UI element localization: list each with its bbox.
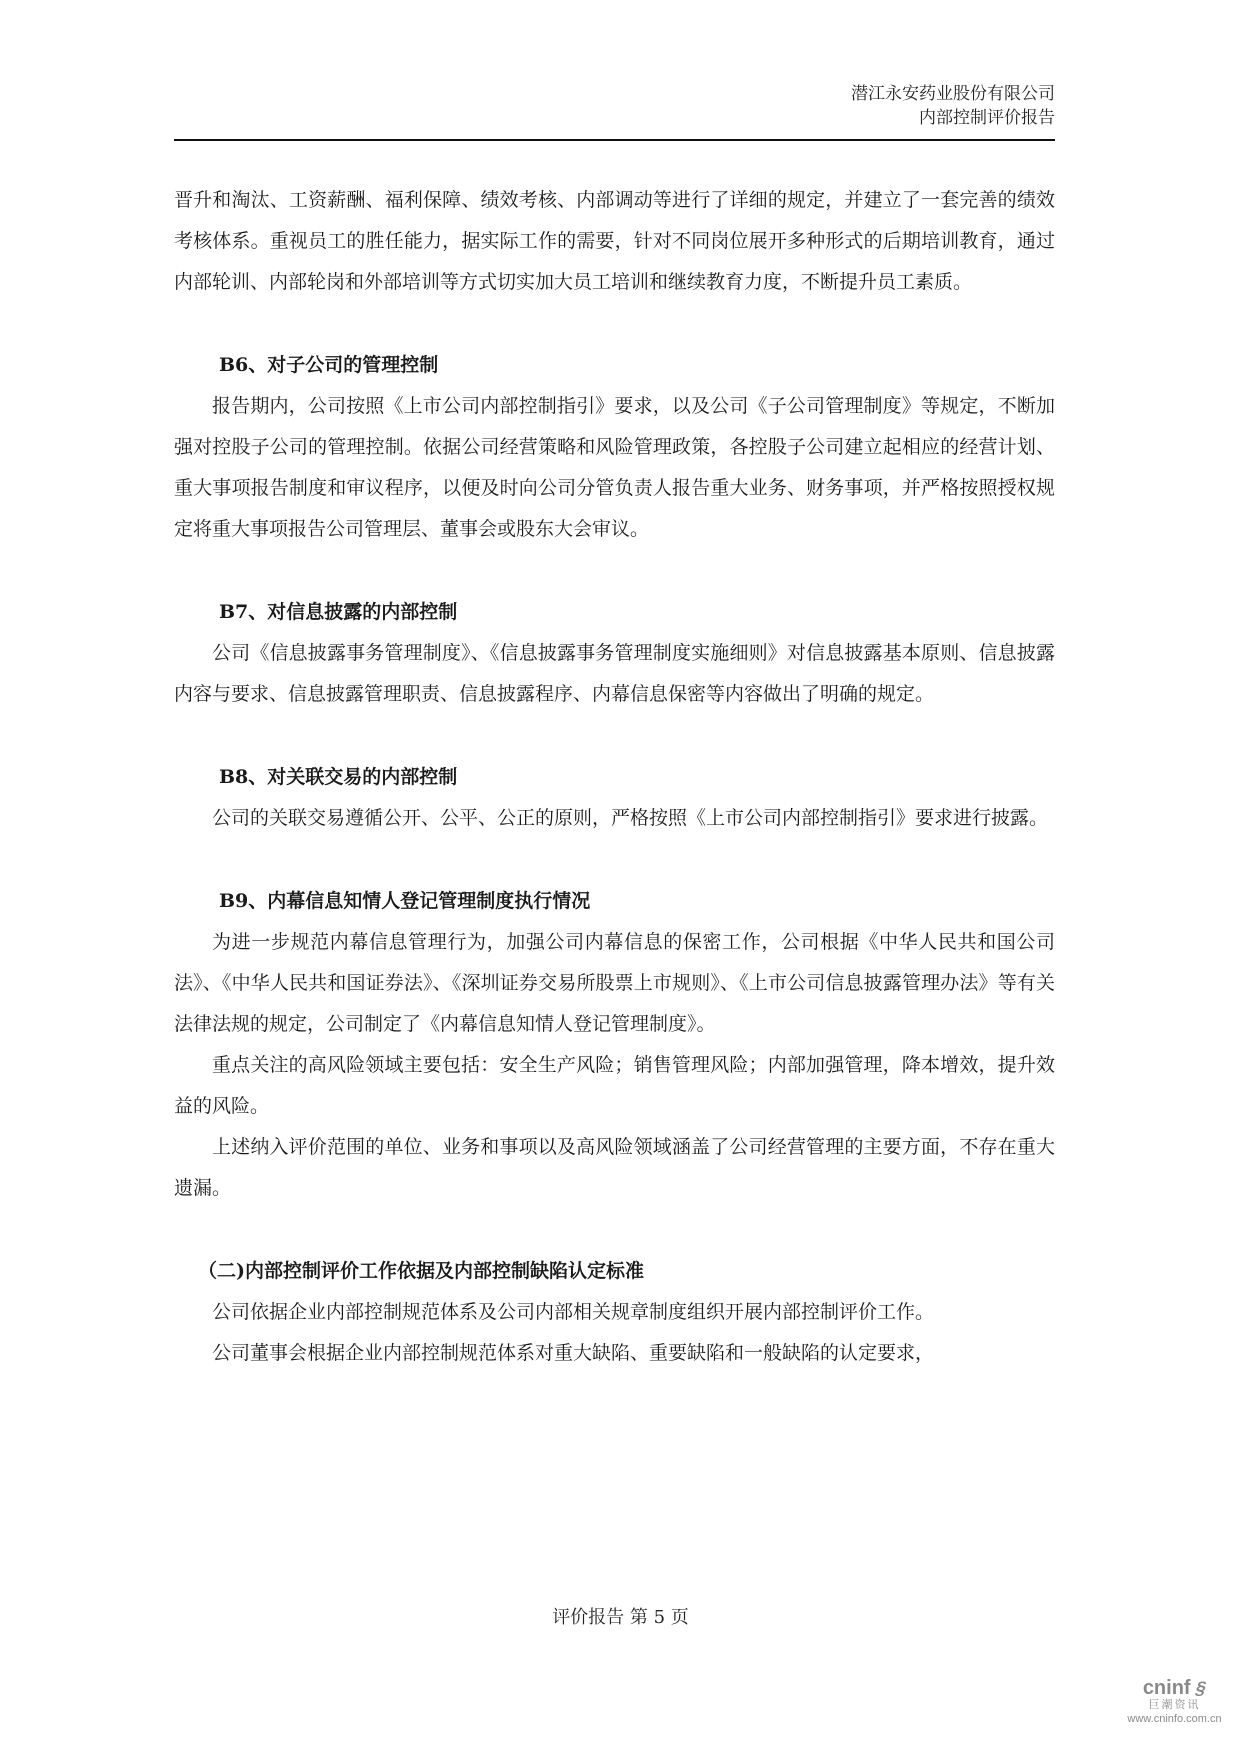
section-heading: B7、对信息披露的内部控制 <box>174 592 1055 633</box>
section-b8: B8、对关联交易的内部控制 公司的关联交易遵循公开、公平、公正的原则，严格按照《… <box>174 757 1055 839</box>
header-document-title: 内部控制评价报告 <box>174 106 1055 130</box>
logo-text: cninf <box>1143 1677 1191 1699</box>
spacer <box>174 303 1055 345</box>
section-paragraph: 公司《信息披露事务管理制度》、《信息披露事务管理制度实施细则》对信息披露基本原则… <box>174 633 1055 715</box>
cninfo-watermark: cninf § 巨潮资讯 www.cninfo.com.cn <box>1112 1678 1237 1726</box>
section-heading: B8、对关联交易的内部控制 <box>174 757 1055 798</box>
section-paragraph: 重点关注的高风险领域主要包括：安全生产风险；销售管理风险；内部加强管理，降本增效… <box>174 1045 1055 1127</box>
page-footer: 评价报告 第 5 页 <box>0 1603 1241 1629</box>
section-b6: B6、对子公司的管理控制 报告期内，公司按照《上市公司内部控制指引》要求，以及公… <box>174 345 1055 550</box>
spacer <box>174 1209 1055 1251</box>
section-paragraph: 报告期内，公司按照《上市公司内部控制指引》要求，以及公司《子公司管理制度》等规定… <box>174 386 1055 550</box>
section-b9: B9、内幕信息知情人登记管理制度执行情况 为进一步规范内幕信息管理行为，加强公司… <box>174 881 1055 1209</box>
document-body: 晋升和淘汰、工资薪酬、福利保障、绩效考核、内部调动等进行了详细的规定，并建立了一… <box>174 180 1055 1374</box>
spacer <box>174 715 1055 757</box>
section-heading: B6、对子公司的管理控制 <box>174 345 1055 386</box>
section-paragraph: 公司董事会根据企业内部控制规范体系对重大缺陷、重要缺陷和一般缺陷的认定要求， <box>174 1333 1055 1374</box>
section-b7: B7、对信息披露的内部控制 公司《信息披露事务管理制度》、《信息披露事务管理制度… <box>174 592 1055 715</box>
section-evaluation-basis: （二)内部控制评价工作依据及内部控制缺陷认定标准 公司依据企业内部控制规范体系及… <box>174 1251 1055 1374</box>
section-paragraph: 公司依据企业内部控制规范体系及公司内部相关规章制度组织开展内部控制评价工作。 <box>174 1292 1055 1333</box>
section-paragraph: 上述纳入评价范围的单位、业务和事项以及高风险领域涵盖了公司经营管理的主要方面，不… <box>174 1127 1055 1209</box>
cninfo-swirl-icon: § <box>1193 1678 1208 1698</box>
cninfo-logo: cninf § <box>1112 1678 1237 1698</box>
section-paragraph: 为进一步规范内幕信息管理行为，加强公司内幕信息的保密工作，公司根据《中华人民共和… <box>174 922 1055 1045</box>
header-company-name: 潜江永安药业股份有限公司 <box>174 82 1055 106</box>
intro-paragraph: 晋升和淘汰、工资薪酬、福利保障、绩效考核、内部调动等进行了详细的规定，并建立了一… <box>174 180 1055 303</box>
header-divider <box>174 139 1055 141</box>
spacer <box>174 550 1055 592</box>
section-heading: （二)内部控制评价工作依据及内部控制缺陷认定标准 <box>174 1251 1055 1292</box>
spacer <box>174 839 1055 881</box>
logo-chinese-name: 巨潮资讯 <box>1112 1698 1237 1712</box>
watermark-url: www.cninfo.com.cn <box>1112 1712 1237 1726</box>
section-paragraph: 公司的关联交易遵循公开、公平、公正的原则，严格按照《上市公司内部控制指引》要求进… <box>174 798 1055 839</box>
section-heading: B9、内幕信息知情人登记管理制度执行情况 <box>174 881 1055 922</box>
page-header: 潜江永安药业股份有限公司 内部控制评价报告 <box>174 82 1055 130</box>
